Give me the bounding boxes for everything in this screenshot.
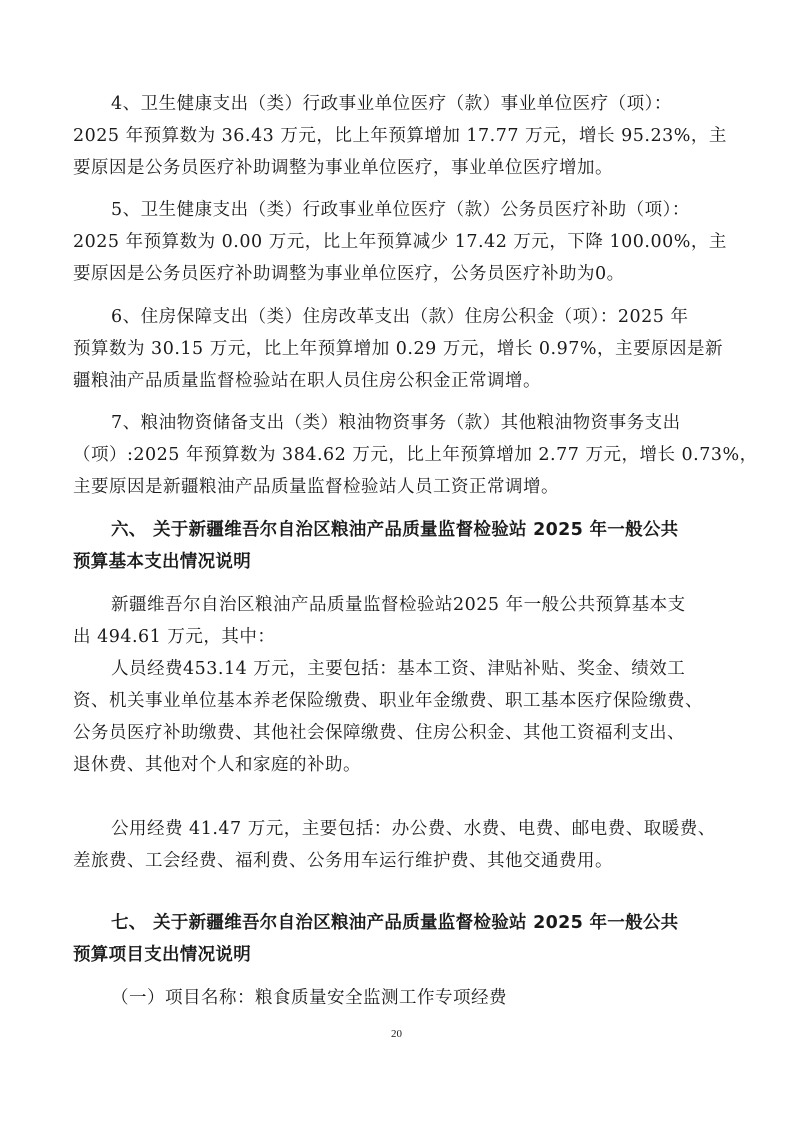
text-line: 2025 年预算数为 36.43 万元，比上年预算增加 17.77 万元，增长 … <box>73 120 723 152</box>
text-line: （项）:2025 年预算数为 384.62 万元，比上年预算增加 2.77 万元… <box>73 439 723 471</box>
paragraph-project-1: （一）项目名称：粮食质量安全监测工作专项经费 <box>73 982 723 1014</box>
text-line: 要原因是公务员医疗补助调整为事业单位医疗，公务员医疗补助为0。 <box>73 258 723 290</box>
paragraph-item-5: 5、卫生健康支出（类）行政事业单位医疗（款）公务员医疗补助（项）： 2025 年… <box>73 194 723 290</box>
text-line: 2025 年预算数为 0.00 万元，比上年预算减少 17.42 万元，下降 1… <box>73 226 723 258</box>
text-line: 新疆维吾尔自治区粮油产品质量监督检验站2025 年一般公共预算基本支 <box>73 589 723 621</box>
text-line: 预算数为 30.15 万元，比上年预算增加 0.29 万元，增长 0.97%，主… <box>73 333 723 365</box>
text-line: 资、机关事业单位基本养老保险缴费、职业年金缴费、职工基本医疗保险缴费、 <box>73 685 723 717</box>
paragraph-item-4: 4、卫生健康支出（类）行政事业单位医疗（款）事业单位医疗（项）： 2025 年预… <box>73 88 723 184</box>
text-line: 主要原因是新疆粮油产品质量监督检验站人员工资正常调增。 <box>73 471 723 503</box>
heading-line: 六、 关于新疆维吾尔自治区粮油产品质量监督检验站 2025 年一般公共 <box>73 514 723 546</box>
document-page: 4、卫生健康支出（类）行政事业单位医疗（款）事业单位医疗（项）： 2025 年预… <box>0 0 793 1122</box>
text-line: 差旅费、工会经费、福利费、公务用车运行维护费、其他交通费用。 <box>73 845 723 877</box>
paragraph-item-6: 6、住房保障支出（类）住房改革支出（款）住房公积金（项）：2025 年 预算数为… <box>73 301 723 397</box>
paragraph-basic-expenditure: 新疆维吾尔自治区粮油产品质量监督检验站2025 年一般公共预算基本支 出 494… <box>73 589 723 653</box>
text-line: 7、粮油物资储备支出（类）粮油物资事务（款）其他粮油物资事务支出 <box>73 407 723 439</box>
paragraph-item-7: 7、粮油物资储备支出（类）粮油物资事务（款）其他粮油物资事务支出 （项）:202… <box>73 407 723 503</box>
heading-line: 预算基本支出情况说明 <box>73 546 723 578</box>
text-line: 5、卫生健康支出（类）行政事业单位医疗（款）公务员医疗补助（项）： <box>73 194 723 226</box>
paragraph-personnel-expenses: 人员经费453.14 万元，主要包括：基本工资、津贴补贴、奖金、绩效工 资、机关… <box>73 653 723 781</box>
text-line: 退休费、其他对个人和家庭的补助。 <box>73 749 723 781</box>
text-line: 公务员医疗补助缴费、其他社会保障缴费、住房公积金、其他工资福利支出、 <box>73 717 723 749</box>
heading-line: 预算项目支出情况说明 <box>73 939 723 971</box>
text-line: 出 494.61 万元，其中： <box>73 621 723 653</box>
heading-line: 七、 关于新疆维吾尔自治区粮油产品质量监督检验站 2025 年一般公共 <box>73 907 723 939</box>
text-line: （一）项目名称：粮食质量安全监测工作专项经费 <box>73 982 723 1014</box>
page-number: 20 <box>0 1028 793 1040</box>
section-6-heading: 六、 关于新疆维吾尔自治区粮油产品质量监督检验站 2025 年一般公共 预算基本… <box>73 514 723 578</box>
text-line: 要原因是公务员医疗补助调整为事业单位医疗，事业单位医疗增加。 <box>73 152 723 184</box>
text-line: 人员经费453.14 万元，主要包括：基本工资、津贴补贴、奖金、绩效工 <box>73 653 723 685</box>
text-line: 公用经费 41.47 万元，主要包括：办公费、水费、电费、邮电费、取暖费、 <box>73 813 723 845</box>
paragraph-public-expenses: 公用经费 41.47 万元，主要包括：办公费、水费、电费、邮电费、取暖费、 差旅… <box>73 813 723 877</box>
text-line: 6、住房保障支出（类）住房改革支出（款）住房公积金（项）：2025 年 <box>73 301 723 333</box>
section-7-heading: 七、 关于新疆维吾尔自治区粮油产品质量监督检验站 2025 年一般公共 预算项目… <box>73 907 723 971</box>
text-line: 疆粮油产品质量监督检验站在职人员住房公积金正常调增。 <box>73 365 723 397</box>
text-line: 4、卫生健康支出（类）行政事业单位医疗（款）事业单位医疗（项）： <box>73 88 723 120</box>
